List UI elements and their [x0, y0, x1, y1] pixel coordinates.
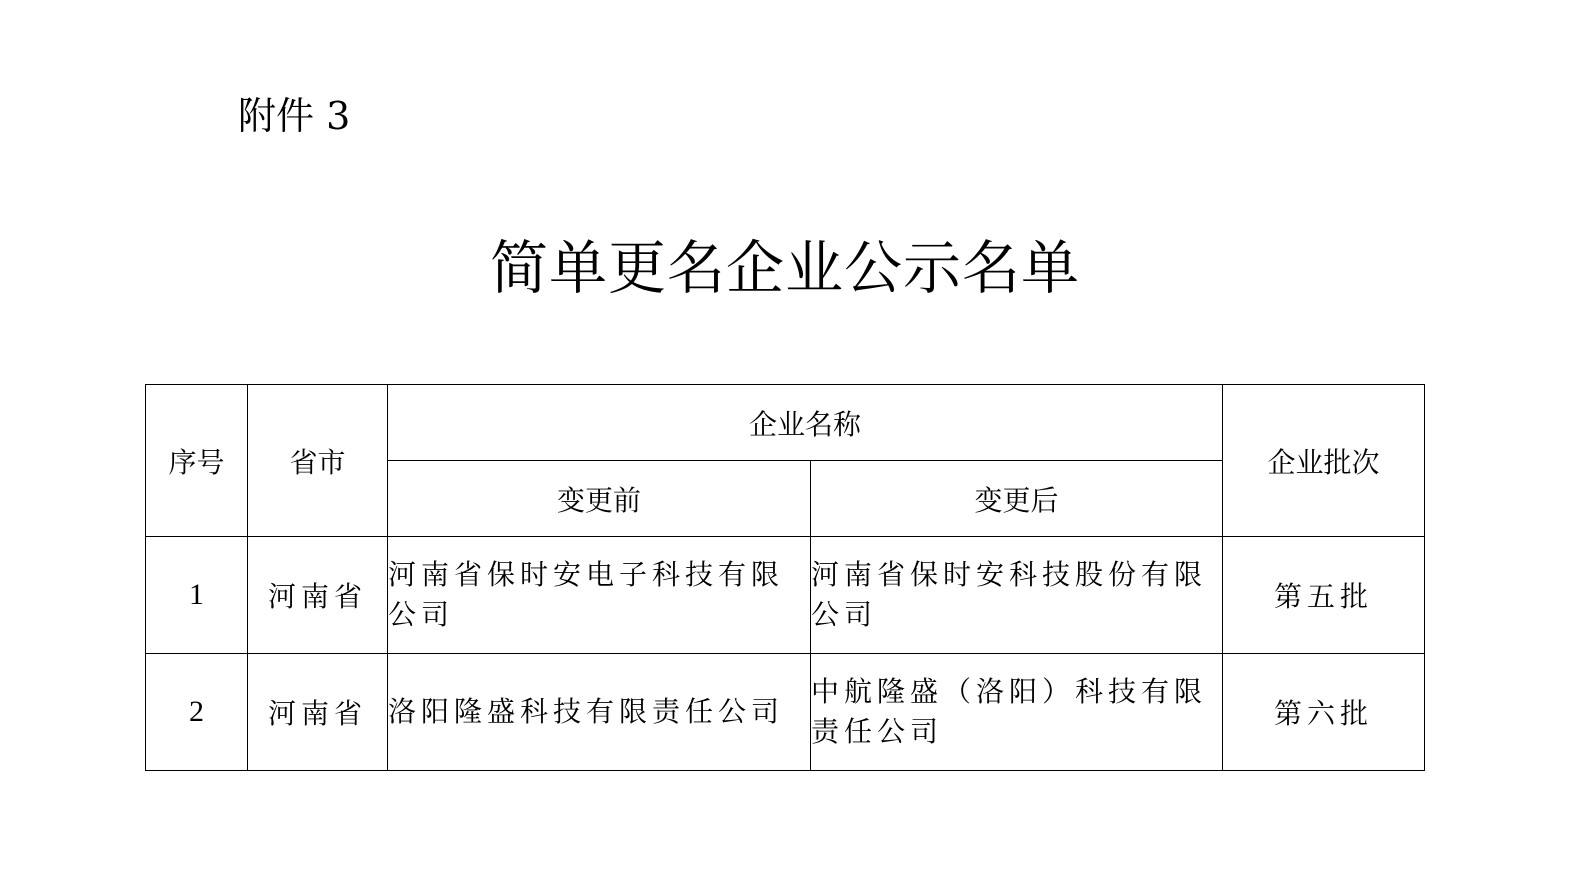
- header-company-name: 企业名称: [388, 385, 1223, 461]
- header-index: 序号: [146, 385, 248, 537]
- table-row: 2 河南省 洛阳隆盛科技有限责任公司 中航隆盛（洛阳）科技有限责任公司 第六批: [146, 654, 1425, 771]
- header-after: 变更后: [811, 461, 1223, 537]
- table-row: 1 河南省 河南省保时安电子科技有限公司 河南省保时安科技股份有限公司 第五批: [146, 537, 1425, 654]
- row-name-before: 洛阳隆盛科技有限责任公司: [388, 654, 811, 771]
- row-name-after: 河南省保时安科技股份有限公司: [811, 537, 1223, 654]
- row-province: 河南省: [248, 537, 388, 654]
- attachment-label: 附件 3: [238, 92, 350, 140]
- page-title: 简单更名企业公示名单: [0, 232, 1570, 304]
- row-batch: 第五批: [1223, 537, 1425, 654]
- rename-list-table: 序号 省市 企业名称 企业批次 变更前 变更后 1 河南省 河南省保时安电子科技…: [145, 384, 1425, 771]
- row-index: 2: [146, 654, 248, 771]
- row-name-before: 河南省保时安电子科技有限公司: [388, 537, 811, 654]
- row-index: 1: [146, 537, 248, 654]
- header-province: 省市: [248, 385, 388, 537]
- header-before: 变更前: [388, 461, 811, 537]
- header-batch: 企业批次: [1223, 385, 1425, 537]
- row-province: 河南省: [248, 654, 388, 771]
- row-batch: 第六批: [1223, 654, 1425, 771]
- header-row: 序号 省市 企业名称 企业批次: [146, 385, 1425, 461]
- row-name-after: 中航隆盛（洛阳）科技有限责任公司: [811, 654, 1223, 771]
